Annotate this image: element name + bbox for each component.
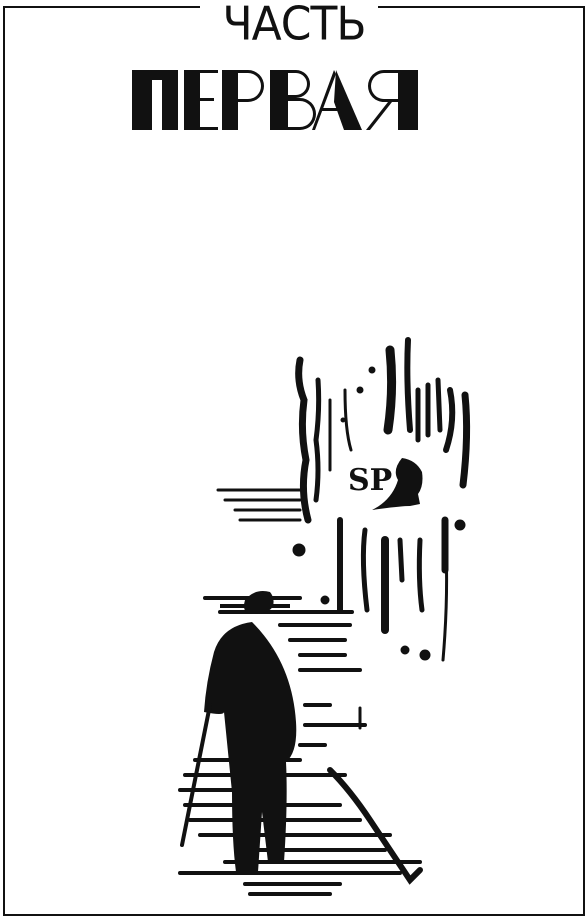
street-illustration: SP bbox=[0, 0, 588, 920]
sign-text: SP bbox=[348, 463, 392, 498]
